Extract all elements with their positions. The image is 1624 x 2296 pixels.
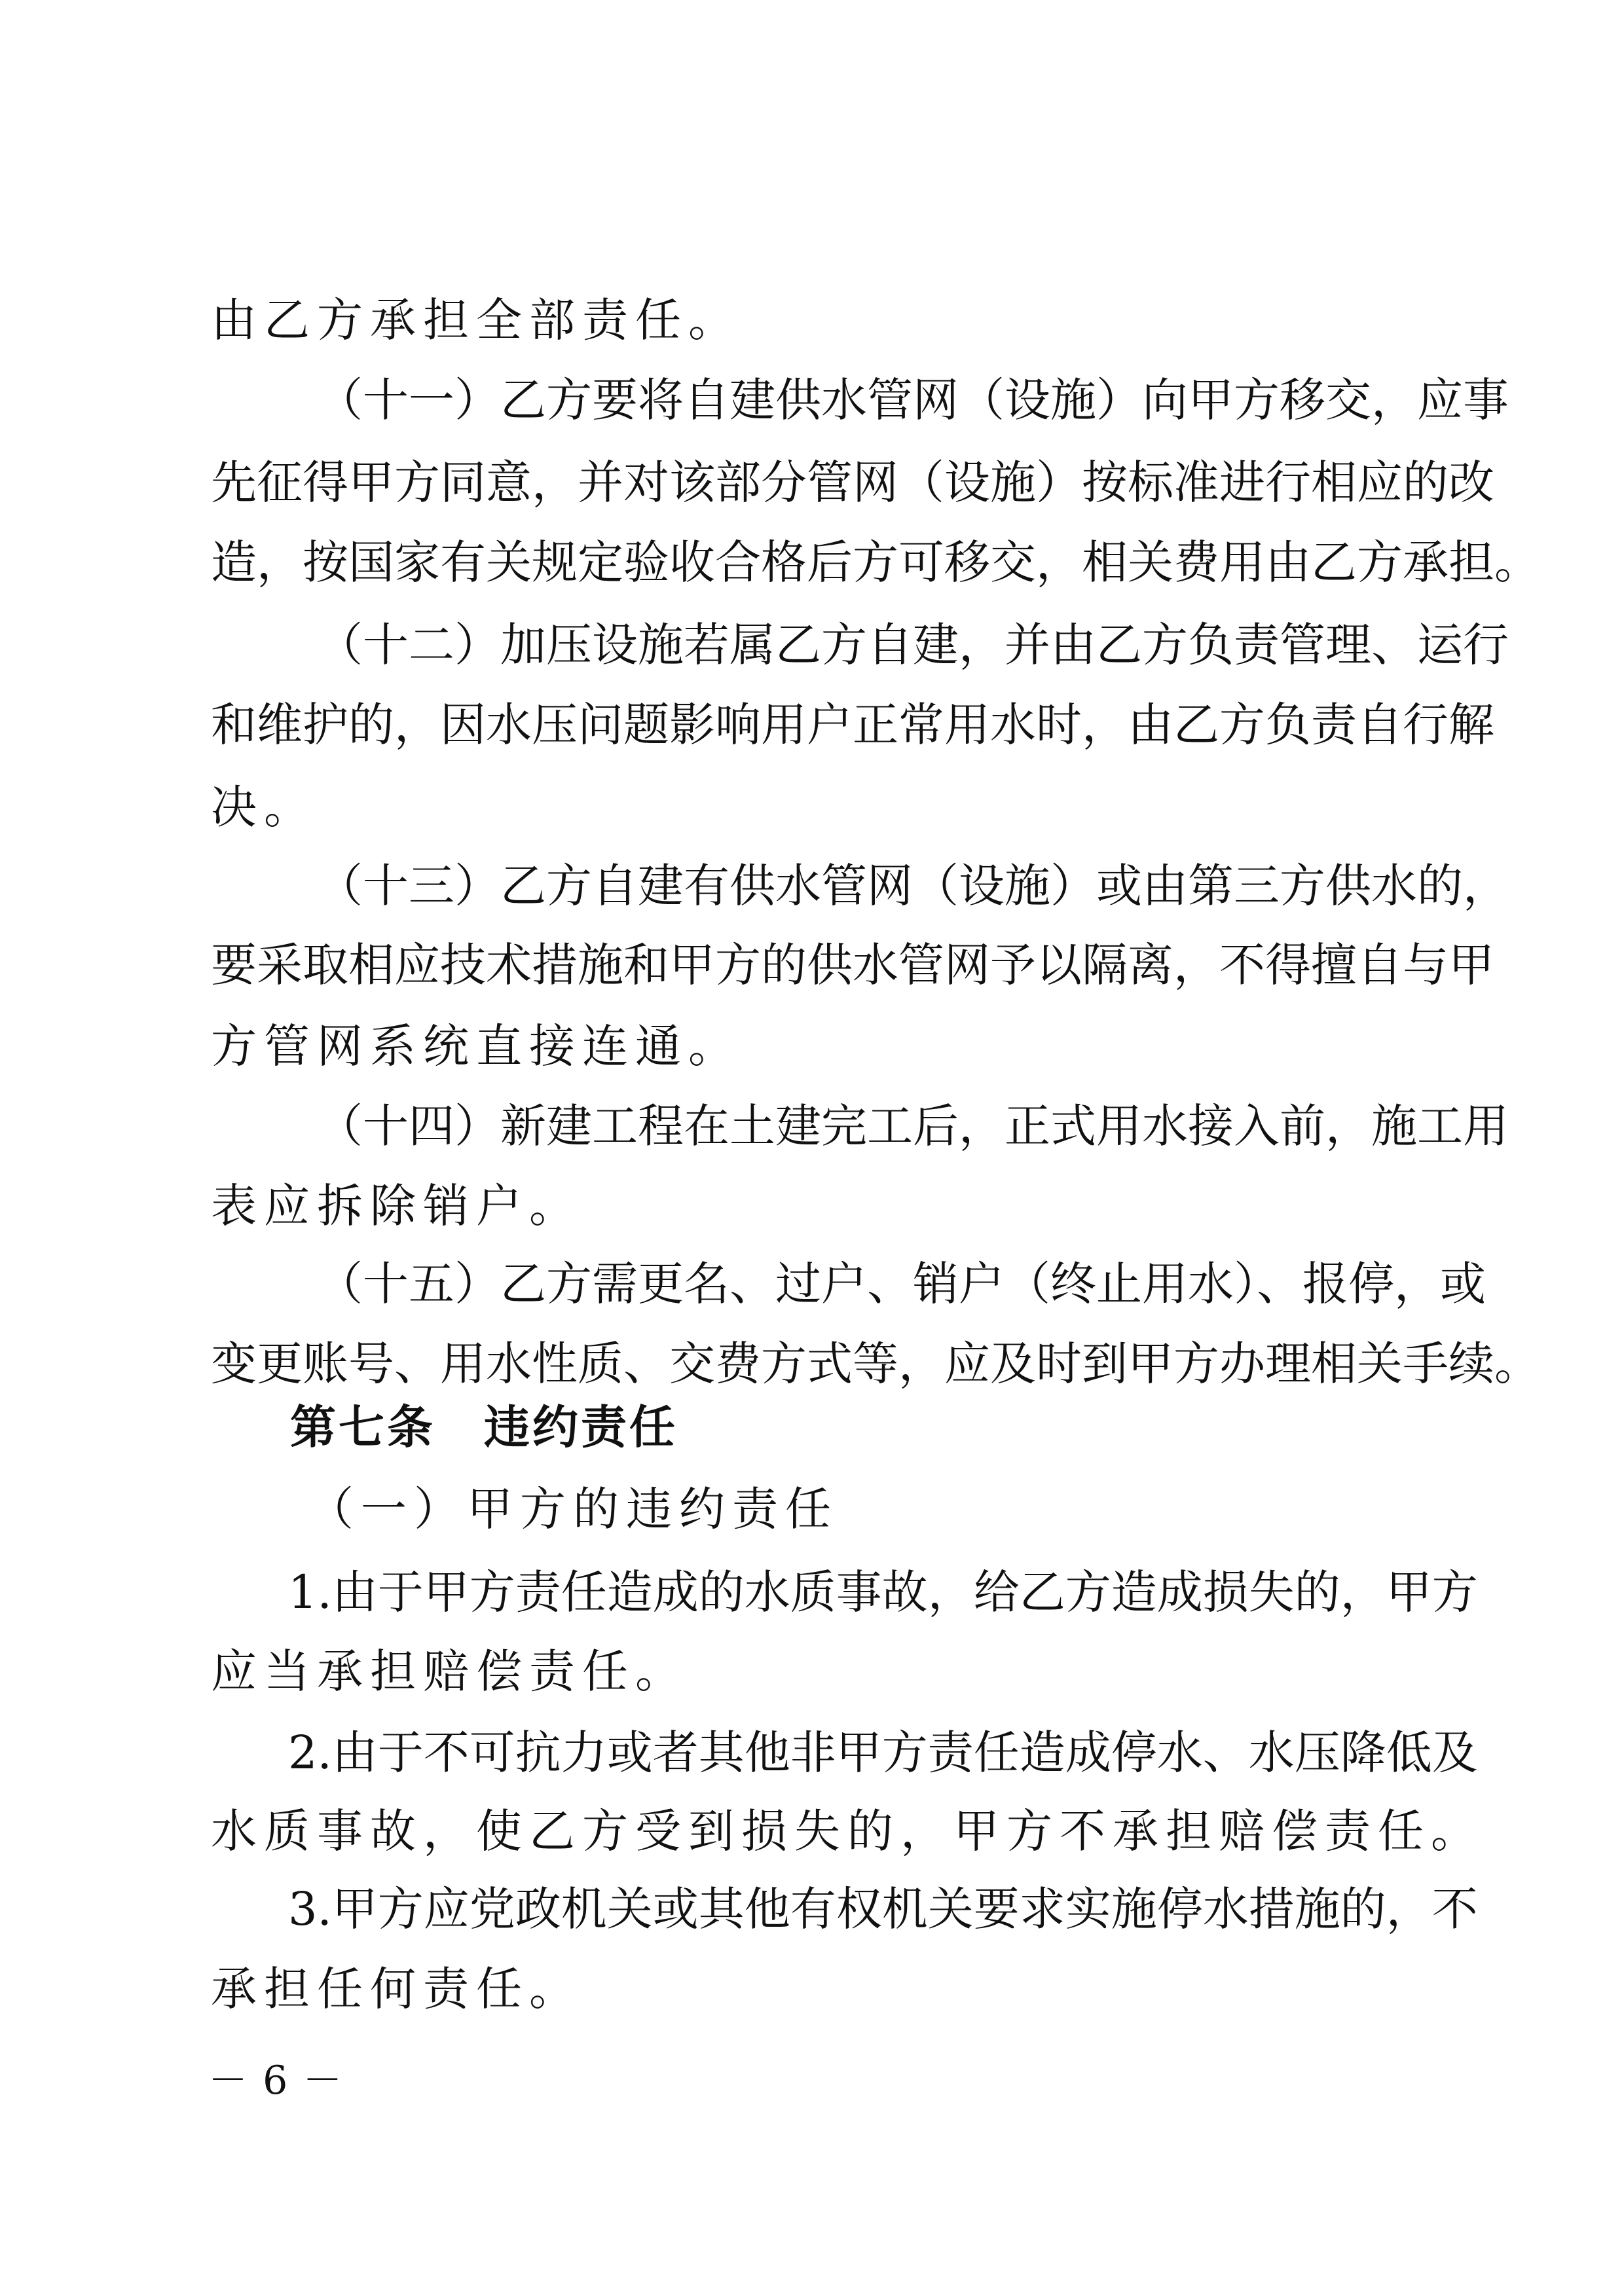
body-line: 要采取相应技术措施和甲方的供水管网予以隔离，不得擅自与甲 bbox=[211, 939, 1430, 991]
body-line: 先征得甲方同意，并对该部分管网（设施）按标准进行相应的改 bbox=[211, 456, 1430, 509]
body-line: 由乙方承担全部责任。 bbox=[211, 294, 1430, 346]
body-line: 承担任何责任。 bbox=[211, 1963, 1430, 2015]
body-line: 应当承担赔偿责任。 bbox=[211, 1645, 1430, 1698]
body-line: 决。 bbox=[211, 781, 1430, 833]
article-7-heading: 第七条 违约责任 bbox=[290, 1401, 678, 1453]
page-number: － 6 － bbox=[208, 2061, 343, 2100]
clause-14-line: （十四）新建工程在土建完工后，正式用水接入前，施工用 bbox=[317, 1100, 1430, 1152]
body-line: 方管网系统直接连通。 bbox=[211, 1020, 1430, 1072]
clause-11-line: （十一）乙方要将自建供水管网（设施）向甲方移交，应事 bbox=[317, 374, 1430, 426]
item-1-line: 1.由于甲方责任造成的水质事故，给乙方造成损失的，甲方 bbox=[288, 1566, 1430, 1618]
clause-15-line: （十五）乙方需更名、过户、销户（终止用水）、报停，或 bbox=[317, 1258, 1430, 1310]
clause-12-line: （十二）加压设施若属乙方自建，并由乙方负责管理、运行 bbox=[317, 619, 1430, 671]
body-line: 表应拆除销户。 bbox=[211, 1180, 1430, 1232]
body-line: 造，按国家有关规定验收合格后方可移交，相关费用由乙方承担。 bbox=[211, 536, 1430, 589]
body-line: 水质事故，使乙方受到损失的，甲方不承担赔偿责任。 bbox=[211, 1805, 1430, 1857]
item-3-line: 3.甲方应党政机关或其他有权机关要求实施停水措施的，不 bbox=[288, 1883, 1430, 1935]
item-2-line: 2.由于不可抗力或者其他非甲方责任造成停水、水压降低及 bbox=[288, 1726, 1430, 1779]
section-1-subheading: （一）甲方的违约责任 bbox=[308, 1483, 1421, 1535]
document-page: 由乙方承担全部责任。 （十一）乙方要将自建供水管网（设施）向甲方移交，应事 先征… bbox=[0, 0, 1624, 2296]
body-line: 变更账号、用水性质、交费方式等，应及时到甲方办理相关手续。 bbox=[211, 1338, 1430, 1390]
body-line: 和维护的，因水压问题影响用户正常用水时，由乙方负责自行解 bbox=[211, 699, 1430, 751]
clause-13-line: （十三）乙方自建有供水管网（设施）或由第三方供水的， bbox=[317, 860, 1430, 912]
